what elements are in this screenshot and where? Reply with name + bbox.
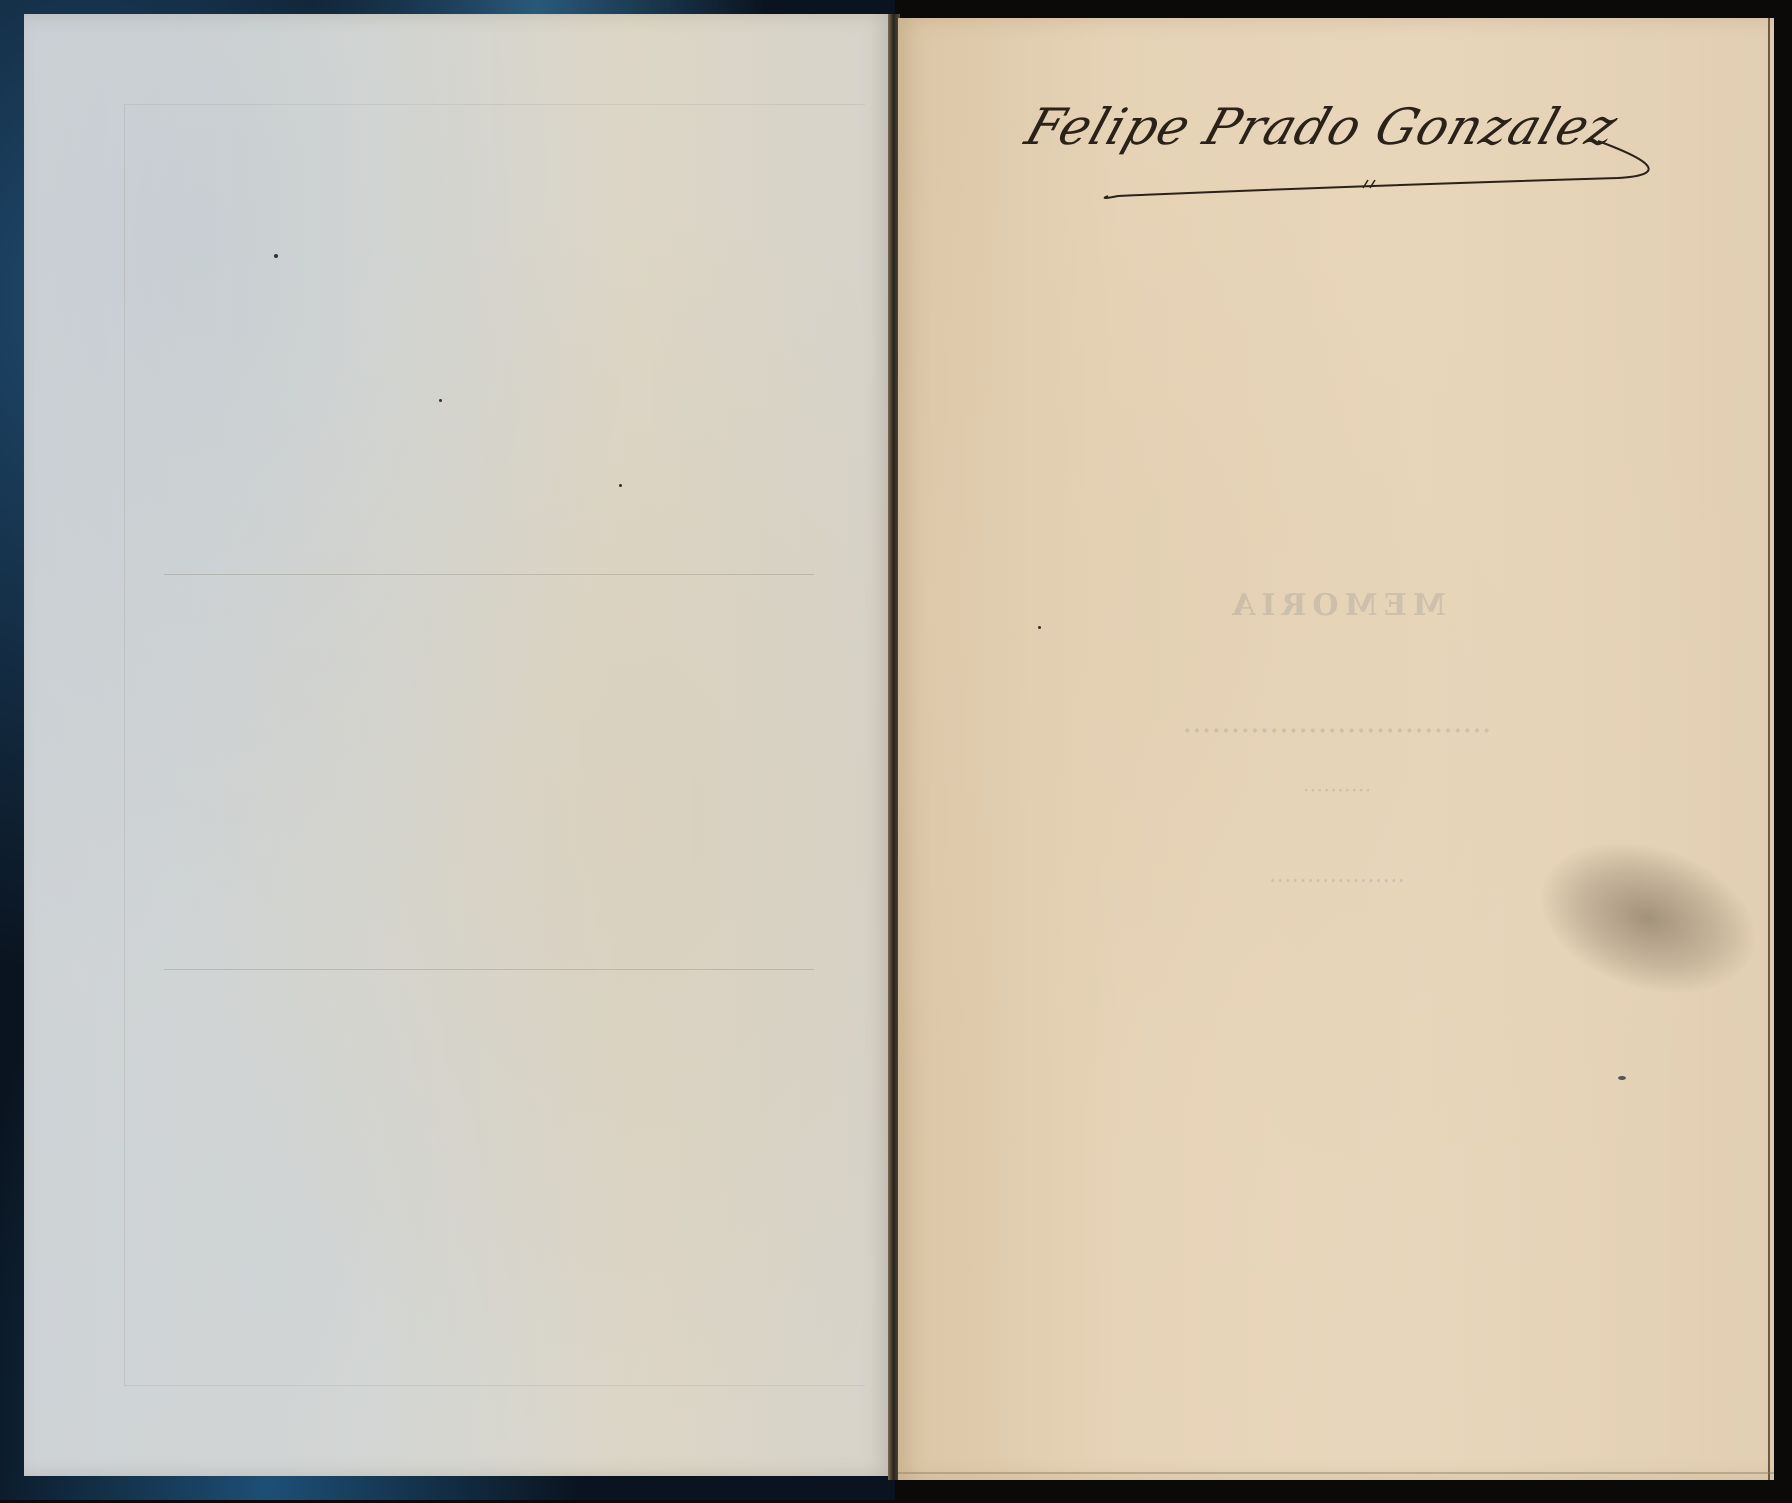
cover-turn-in-outline (124, 104, 865, 1386)
bleed-through-line: ·········· (898, 783, 1774, 799)
title-page: Felipe Prado Gonzalez MEMORIA ··········… (898, 18, 1774, 1480)
bleed-through-line: ································ (898, 718, 1774, 744)
signature-flourish-icon (1098, 136, 1658, 216)
paper-crease (164, 574, 814, 575)
paper-speck (1618, 1076, 1626, 1080)
page-edge (1768, 18, 1770, 1480)
page-bottom-edge (898, 1472, 1774, 1474)
bleed-through-title: MEMORIA (898, 588, 1774, 623)
paper-speck (619, 484, 622, 487)
paper-speck (1038, 626, 1041, 629)
book-scan: Felipe Prado Gonzalez MEMORIA ··········… (0, 0, 1792, 1503)
paper-stain (1522, 817, 1774, 1018)
paper-crease (164, 969, 814, 970)
paper-speck (439, 399, 442, 402)
paper-speck (274, 254, 278, 258)
left-endpaper (24, 14, 890, 1476)
